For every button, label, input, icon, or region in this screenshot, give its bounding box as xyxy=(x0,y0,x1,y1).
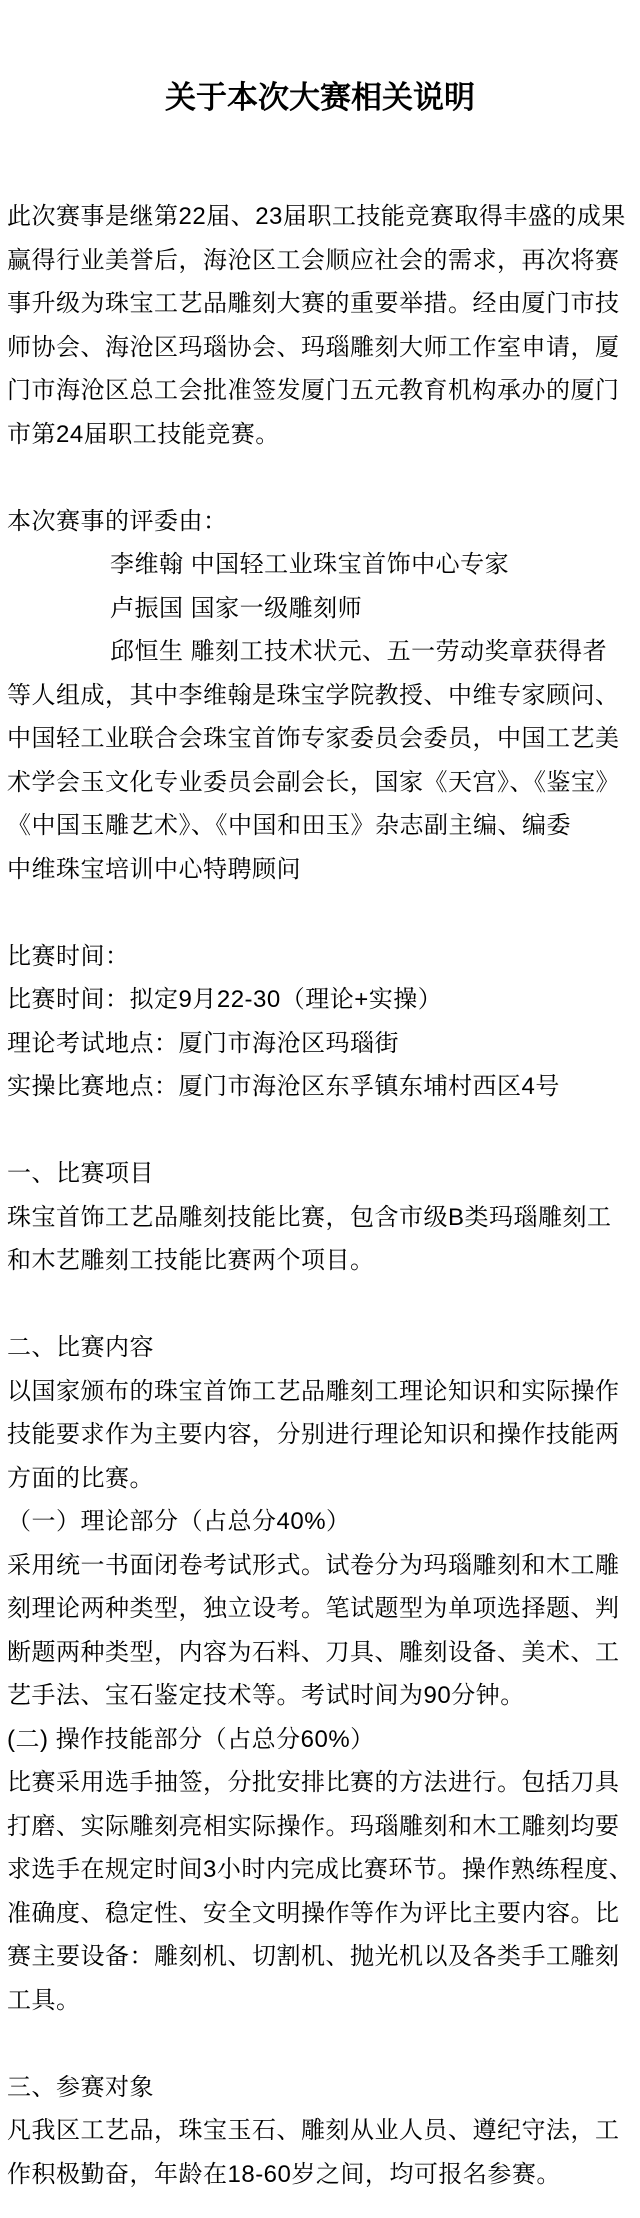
text-line: 理论考试地点：厦门市海沧区玛瑙街 xyxy=(7,1022,632,1066)
text-line: 比赛时间：拟定9月22-30（理论+实操） xyxy=(7,978,632,1022)
text-line: 断题两种类型，内容为石料、刀具、雕刻设备、美术、工 xyxy=(7,1631,632,1675)
text-line: 实操比赛地点：厦门市海沧区东孚镇东埔村西区4号 xyxy=(7,1065,632,1109)
text-line: 三、参赛对象 xyxy=(7,2066,632,2110)
text-line: 打磨、实际雕刻亮相实际操作。玛瑙雕刻和木工雕刻均要 xyxy=(7,1805,632,1849)
text-line: 术学会玉文化专业委员会副会长，国家《天宫》、《鉴宝》 xyxy=(7,761,632,805)
text-line: 赢得行业美誉后，海沧区工会顺应社会的需求，再次将赛 xyxy=(7,239,632,283)
text-line: （一）理论部分（占总分40%） xyxy=(7,1500,632,1544)
text-line: 此次赛事是继第22届、23届职工技能竞赛取得丰盛的成果 xyxy=(7,195,632,239)
text-line: 凡我区工艺品，珠宝玉石、雕刻从业人员、遵纪守法，工 xyxy=(7,2109,632,2153)
text-line: 事升级为珠宝工艺品雕刻大赛的重要举措。经由厦门市技 xyxy=(7,282,632,326)
text-line: 刻理论两种类型，独立设考。笔试题型为单项选择题、判 xyxy=(7,1587,632,1631)
text-line: 本次赛事的评委由： xyxy=(7,500,632,544)
text-line: 赛主要设备：雕刻机、切割机、抛光机以及各类手工雕刻 xyxy=(7,1935,632,1979)
text-line: 邱恒生 雕刻工技术状元、五一劳动奖章获得者 xyxy=(7,630,632,674)
section-section-2-content: 二、比赛内容以国家颁布的珠宝首饰工艺品雕刻工理论知识和实际操作技能要求作为主要内… xyxy=(7,1326,632,2022)
text-line: 求选手在规定时间3小时内完成比赛环节。操作熟练程度、 xyxy=(7,1848,632,1892)
text-line: 卢振国 国家一级雕刻师 xyxy=(7,587,632,631)
text-line: 中国轻工业联合会珠宝首饰专家委员会委员，中国工艺美 xyxy=(7,717,632,761)
text-line: 师协会、海沧区玛瑙协会、玛瑙雕刻大师工作室申请，厦 xyxy=(7,326,632,370)
text-line: 李维翰 中国轻工业珠宝首饰中心专家 xyxy=(7,543,632,587)
section-section-1-items: 一、比赛项目珠宝首饰工艺品雕刻技能比赛，包含市级B类玛瑙雕刻工和木艺雕刻工技能比… xyxy=(7,1152,632,1283)
text-line: 准确度、稳定性、安全文明操作等作为评比主要内容。比 xyxy=(7,1892,632,1936)
text-line: 比赛采用选手抽签，分批安排比赛的方法进行。包括刀具 xyxy=(7,1761,632,1805)
text-line: 采用统一书面闭卷考试形式。试卷分为玛瑙雕刻和木工雕 xyxy=(7,1544,632,1588)
text-line: 以国家颁布的珠宝首饰工艺品雕刻工理论知识和实际操作 xyxy=(7,1370,632,1414)
text-line: 和木艺雕刻工技能比赛两个项目。 xyxy=(7,1239,632,1283)
text-line: 市第24届职工技能竞赛。 xyxy=(7,413,632,457)
text-line: 方面的比赛。 xyxy=(7,1457,632,1501)
section-intro: 此次赛事是继第22届、23届职工技能竞赛取得丰盛的成果赢得行业美誉后，海沧区工会… xyxy=(7,195,632,456)
document-page: 关于本次大赛相关说明 此次赛事是继第22届、23届职工技能竞赛取得丰盛的成果赢得… xyxy=(0,0,640,2218)
text-line: 二、比赛内容 xyxy=(7,1326,632,1370)
text-line: (二) 操作技能部分（占总分60%） xyxy=(7,1718,632,1762)
text-line: 一、比赛项目 xyxy=(7,1152,632,1196)
text-line: 作积极勤奋，年龄在18-60岁之间，均可报名参赛。 xyxy=(7,2153,632,2197)
section-schedule: 比赛时间：比赛时间：拟定9月22-30（理论+实操）理论考试地点：厦门市海沧区玛… xyxy=(7,935,632,1109)
page-title: 关于本次大赛相关说明 xyxy=(0,0,640,120)
text-line: 中维珠宝培训中心特聘顾问 xyxy=(7,848,632,892)
text-line: 艺手法、宝石鉴定技术等。考试时间为90分钟。 xyxy=(7,1674,632,1718)
document-content: 此次赛事是继第22届、23届职工技能竞赛取得丰盛的成果赢得行业美誉后，海沧区工会… xyxy=(0,195,640,2196)
section-judges: 本次赛事的评委由：李维翰 中国轻工业珠宝首饰中心专家卢振国 国家一级雕刻师邱恒生… xyxy=(7,500,632,892)
text-line: 等人组成，其中李维翰是珠宝学院教授、中维专家顾问、 xyxy=(7,674,632,718)
text-line: 技能要求作为主要内容，分别进行理论知识和操作技能两 xyxy=(7,1413,632,1457)
text-line: 比赛时间： xyxy=(7,935,632,979)
text-line: 《中国玉雕艺术》、《中国和田玉》杂志副主编、编委 xyxy=(7,804,632,848)
section-section-3-participants: 三、参赛对象凡我区工艺品，珠宝玉石、雕刻从业人员、遵纪守法，工作积极勤奋，年龄在… xyxy=(7,2066,632,2197)
text-line: 工具。 xyxy=(7,1979,632,2023)
text-line: 珠宝首饰工艺品雕刻技能比赛，包含市级B类玛瑙雕刻工 xyxy=(7,1196,632,1240)
text-line: 门市海沧区总工会批准签发厦门五元教育机构承办的厦门 xyxy=(7,369,632,413)
